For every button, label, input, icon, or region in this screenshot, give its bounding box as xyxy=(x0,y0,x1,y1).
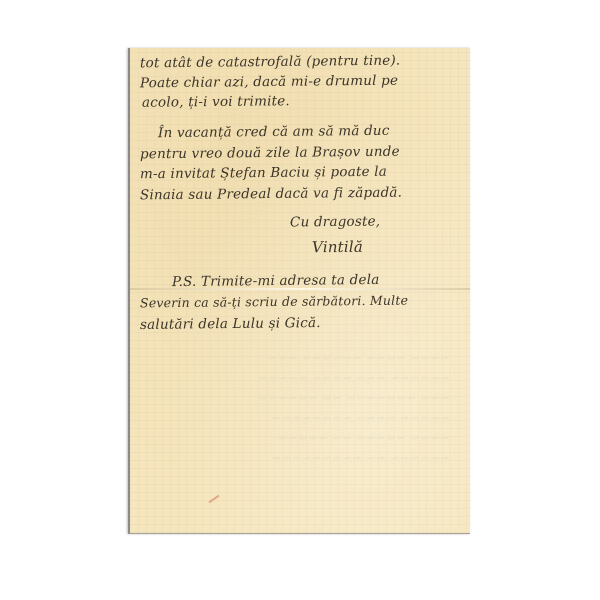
postscript-line: P.S. Trimite-mi adresa ta dela xyxy=(172,272,380,290)
letter-line: pentru vreo două zile la Brașov unde xyxy=(140,144,400,163)
closing: Cu dragoste, xyxy=(290,214,380,231)
letter-sheet: ~~~~ ~~~~ ~~~~~~ ~~~~~~~~~ ~~~ ~~~~ ~~~~… xyxy=(128,48,470,534)
ink-stain xyxy=(209,495,220,504)
letter-line: tot atât de catastrofală (pentru tine). xyxy=(140,53,401,72)
bleed-through-text: ~~~~ ~~~~ ~~~~~~ ~~~~~~~~~ ~~~ ~~~~ ~~~~… xyxy=(150,348,450,468)
letter-line: m-a invitat Ștefan Baciu și poate la xyxy=(140,164,387,183)
letter-line: Poate chiar azi, dacă mi-e drumul pe xyxy=(140,73,398,92)
postscript-line: salutări dela Lulu și Gică. xyxy=(140,315,321,333)
signature: Vintilă xyxy=(312,238,363,257)
letter-line: În vacanță cred că am să mă duc xyxy=(158,123,390,141)
letter-line: acolo, ți-i voi trimite. xyxy=(142,93,290,111)
letter-line: Sinaia sau Predeal dacă va fi zăpadă. xyxy=(140,185,402,204)
postscript-line: Severin ca să-ți scriu de sărbători. Mul… xyxy=(140,293,408,311)
